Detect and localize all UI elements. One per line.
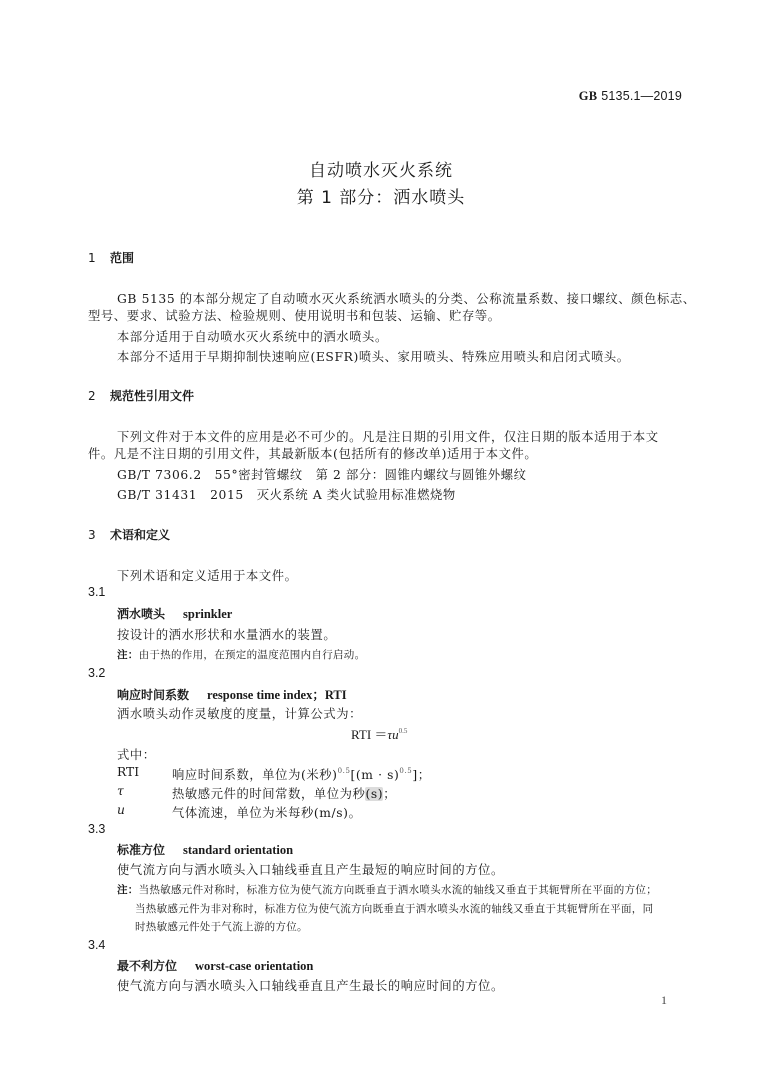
- clause-number: 3.3: [88, 822, 105, 836]
- paragraph: GB 5135 的本部分规定了自动喷水灭火系统洒水喷头的分类、公称流量系数、接口…: [117, 289, 696, 307]
- formula: RTI ＝τu0.5: [351, 724, 407, 743]
- note: 注：当热敏感元件对称时，标准方位为使气流方向既垂直于洒水喷头水流的轴线又垂直于其…: [117, 882, 657, 897]
- note-continued: 当热敏感元件为非对称时，标准方位为使气流方向既垂直于洒水喷头水流的轴线又垂直于其…: [135, 901, 653, 916]
- term-title: 洒水喷头sprinkler: [117, 605, 232, 622]
- paragraph: 件。凡是不注日期的引用文件，其最新版本(包括所有的修改单)适用于本文件。: [88, 444, 537, 464]
- term-title: 最不利方位worst-case orientation: [117, 957, 313, 974]
- section-heading-scope: 1范围: [88, 249, 134, 266]
- note: 注：由于热的作用，在预定的温度范围内自行启动。: [117, 647, 365, 662]
- clause-number: 3.2: [88, 666, 105, 680]
- section-heading-references: 2规范性引用文件: [88, 387, 194, 404]
- symbol-description: 热敏感元件的时间常数，单位为秒(s)；: [172, 784, 396, 802]
- clause-number: 3.4: [88, 938, 105, 952]
- term-definition: 按设计的洒水形状和水量洒水的装置。: [117, 625, 336, 643]
- reference-item: GB/T 7306.2 55°密封管螺纹 第 2 部分：圆锥内螺纹与圆锥外螺纹: [117, 465, 527, 483]
- symbol-description: 响应时间系数，单位为(米秒)0.5[(m · s)0.5]；: [172, 765, 431, 783]
- paragraph: 型号、要求、试验方法、检验规则、使用说明书和包装、运输、贮存等。: [88, 306, 501, 326]
- paragraph: 下列文件对于本文件的应用是必不可少的。凡是注日期的引用文件，仅注日期的版本适用于…: [117, 427, 659, 445]
- note-continued: 时热敏感元件处于气流上游的方位。: [135, 919, 308, 934]
- symbol: u: [117, 803, 125, 817]
- reference-item: GB/T 31431 2015 灭火系统 A 类火试验用标准燃烧物: [117, 485, 456, 503]
- paragraph: 本部分不适用于早期抑制快速响应(ESFR)喷头、家用喷头、特殊应用喷头和启闭式喷…: [117, 347, 630, 365]
- term-definition: 洒水喷头动作灵敏度的度量，计算公式为：: [117, 704, 362, 722]
- paragraph: 本部分适用于自动喷水灭火系统中的洒水喷头。: [117, 327, 388, 345]
- standard-number: GB5135.1—2019: [579, 89, 682, 104]
- document-subtitle: 第 1 部分：洒水喷头: [0, 183, 762, 208]
- document-title: 自动喷水灭火系统: [0, 156, 762, 181]
- clause-number: 3.1: [88, 585, 105, 599]
- symbol: RTI: [117, 765, 139, 779]
- term-definition: 使气流方向与洒水喷头入口轴线垂直且产生最短的响应时间的方位。: [117, 860, 504, 878]
- symbol: τ: [117, 784, 124, 798]
- symbol-description: 气体流速，单位为米每秒(m/s)。: [172, 803, 361, 821]
- section-heading-terms: 3术语和定义: [88, 526, 170, 543]
- paragraph: 下列术语和定义适用于本文件。: [117, 566, 298, 584]
- text-highlight: (s): [365, 787, 383, 801]
- term-definition: 使气流方向与洒水喷头入口轴线垂直且产生最长的响应时间的方位。: [117, 976, 504, 994]
- page-number: 1: [661, 993, 667, 1008]
- term-title: 标准方位standard orientation: [117, 841, 293, 858]
- where-label: 式中：: [117, 745, 156, 763]
- term-title: 响应时间系数response time index；RTI: [117, 685, 347, 703]
